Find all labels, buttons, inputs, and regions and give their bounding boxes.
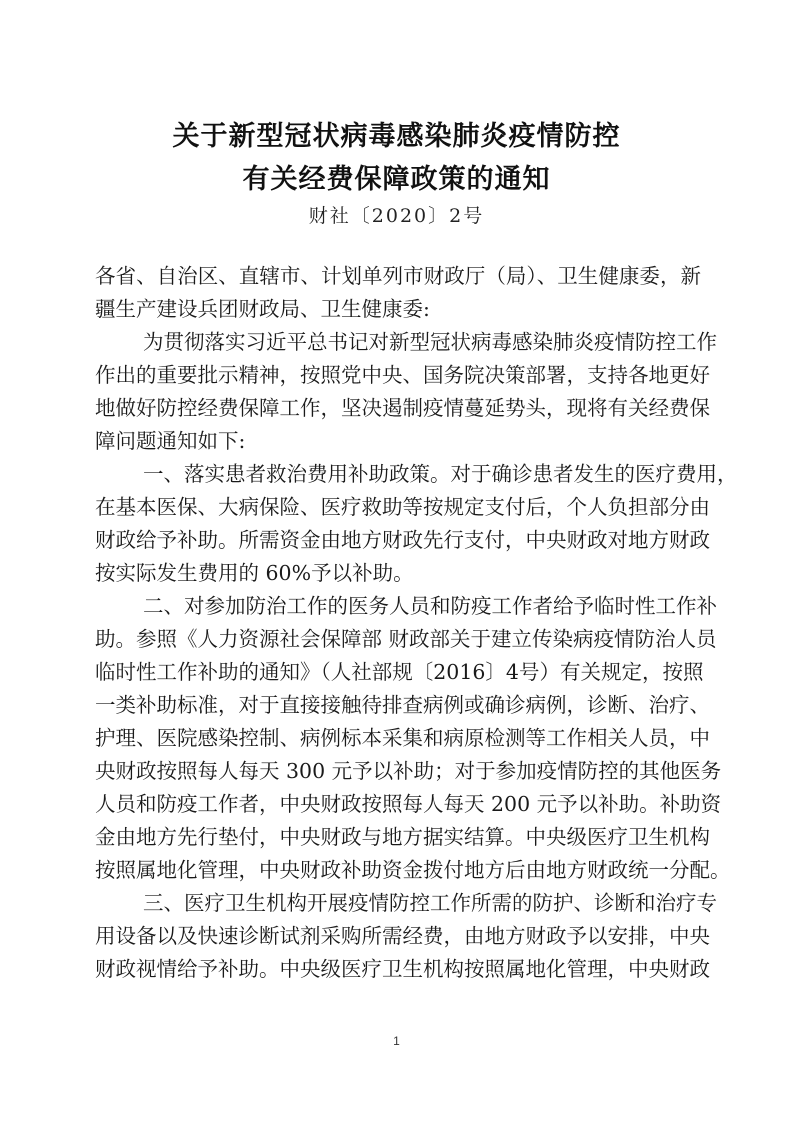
- body-line: 临时性工作补助的通知》（人社部规〔2016〕4号）有关规定，按照: [95, 656, 701, 689]
- document-title-line-1: 关于新型冠状病毒感染肺炎疫情防控: [0, 114, 793, 153]
- body-line: 金由地方先行垫付，中央财政与地方据实结算。中央级医疗卫生机构: [95, 821, 701, 854]
- body-line: 财政视情给予补助。中央级医疗卫生机构按照属地化管理，中央财政: [95, 953, 701, 986]
- document-title-line-2: 有关经费保障政策的通知: [0, 157, 793, 196]
- body-line: 用设备以及快速诊断试剂采购所需经费，由地方财政予以安排，中央: [95, 920, 701, 953]
- body-line: 地做好防控经费保障工作，坚决遏制疫情蔓延势头，现将有关经费保: [95, 392, 701, 425]
- body-line: 为贯彻落实习近平总书记对新型冠状病毒感染肺炎疫情防控工作: [95, 326, 701, 359]
- body-line: 按照属地化管理，中央财政补助资金拨付地方后由地方财政统一分配。: [95, 854, 701, 887]
- body-line: 人员和防疫工作者，中央财政按照每人每天 200 元予以补助。补助资: [95, 788, 701, 821]
- body-line: 一、落实患者救治费用补助政策。对于确诊患者发生的医疗费用，: [95, 458, 701, 491]
- document-number: 财社〔2020〕2号: [0, 201, 793, 228]
- body-line: 央财政按照每人每天 300 元予以补助；对于参加疫情防控的其他医务: [95, 755, 701, 788]
- document-body: 各省、自治区、直辖市、计划单列市财政厅（局）、卫生健康委，新 疆生产建设兵团财政…: [95, 260, 701, 986]
- page-number: 1: [0, 1034, 793, 1048]
- body-line: 作出的重要批示精神，按照党中央、国务院决策部署，支持各地更好: [95, 359, 701, 392]
- body-line: 疆生产建设兵团财政局、卫生健康委:: [95, 293, 701, 326]
- body-line: 按实际发生费用的 60%予以补助。: [95, 557, 701, 590]
- body-line: 财政给予补助。所需资金由地方财政先行支付，中央财政对地方财政: [95, 524, 701, 557]
- body-line: 障问题通知如下:: [95, 425, 701, 458]
- body-line: 在基本医保、大病保险、医疗救助等按规定支付后，个人负担部分由: [95, 491, 701, 524]
- body-line: 各省、自治区、直辖市、计划单列市财政厅（局）、卫生健康委，新: [95, 260, 701, 293]
- body-line: 三、医疗卫生机构开展疫情防控工作所需的防护、诊断和治疗专: [95, 887, 701, 920]
- body-line: 二、对参加防治工作的医务人员和防疫工作者给予临时性工作补: [95, 590, 701, 623]
- body-line: 一类补助标准，对于直接接触待排查病例或确诊病例，诊断、治疗、: [95, 689, 701, 722]
- body-line: 助。参照《人力资源社会保障部 财政部关于建立传染病疫情防治人员: [95, 623, 701, 656]
- body-line: 护理、医院感染控制、病例标本采集和病原检测等工作相关人员，中: [95, 722, 701, 755]
